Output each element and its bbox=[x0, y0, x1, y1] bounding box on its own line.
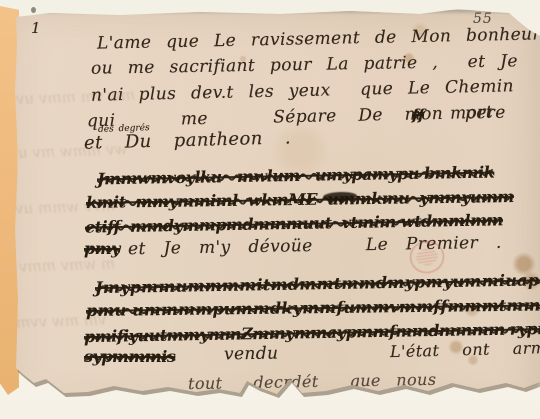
scratched-out-line: Jmypmmummmmitmdmmtmmdmypmyummiuapmm bbox=[95, 270, 540, 297]
scratched-out-text-inner: kmit mmymmiml wkmME ummkmu ymmyumm bbox=[86, 187, 514, 212]
scratched-out-line: kmit mmymmiml wkmME ummkmu ymmyumm bbox=[86, 187, 514, 212]
paper-top-edge bbox=[8, 10, 540, 15]
manuscript-line: L'état ont armé bbox=[390, 338, 540, 361]
manuscript-line: et Du pantheon . bbox=[84, 127, 291, 153]
scratched-out-text: ff bbox=[412, 106, 424, 124]
manuscript-scan: mw vm mmv uv wv mmw mv u mvv wmm uv m wm… bbox=[0, 0, 540, 419]
scratched-out-text-inner: Jmypmmummmmitmdmmtmmdmypmyummiuapmm bbox=[95, 270, 540, 297]
manuscript-line: mort bbox=[450, 102, 494, 123]
scratched-out-text-inner: pmy bbox=[84, 239, 120, 258]
margin-mark: 1 bbox=[31, 19, 41, 37]
scratched-out-line: pmy bbox=[84, 239, 120, 258]
manuscript-line: L'ame que Le ravissement de Mon bonheur bbox=[97, 24, 540, 53]
scratched-out-line: pmu ummmmpummdkymmfummvmmffmmmtmmfumi bbox=[86, 295, 540, 320]
scratched-out-text-inner: Jmmwmvoylku· mwlum· umypamypu bmkmik bbox=[97, 163, 495, 189]
manuscript-line: vendu bbox=[224, 344, 279, 365]
scratched-out-text-inner: ff bbox=[412, 106, 424, 124]
paper-speck bbox=[31, 7, 36, 13]
manuscript-line: ou me sacrifiant pour La patrie , et Je bbox=[91, 51, 518, 78]
scratched-out-text-inner: sypmmmis bbox=[84, 347, 175, 366]
scratched-out-text-inner: etiff mmdymmpmdmmmuut vtmim·wtdmmlmm bbox=[85, 210, 503, 236]
scratched-out-line: sypmmmis bbox=[84, 347, 175, 366]
manuscript-line: n'ai plus dev.t les yeux que Le Chemin bbox=[91, 76, 514, 106]
library-stamp-icon bbox=[408, 239, 446, 275]
scratched-out-line: etiff mmdymmpmdmmmuut vtmim·wtdmmlmm bbox=[85, 210, 503, 236]
scratched-out-text-inner: pmu ummmmpummdkymmfummvmmffmmmtmmfumi bbox=[86, 295, 540, 320]
manuscript-page: mw vm mmv uv wv mmw mv u mvv wmm uv m wm… bbox=[0, 0, 540, 419]
manuscript-line: et Je m'y dévoüe Le Premier . bbox=[128, 233, 502, 260]
scratched-out-line: Jmmwmvoylku· mwlum· umypamypu bmkmik bbox=[97, 163, 495, 189]
